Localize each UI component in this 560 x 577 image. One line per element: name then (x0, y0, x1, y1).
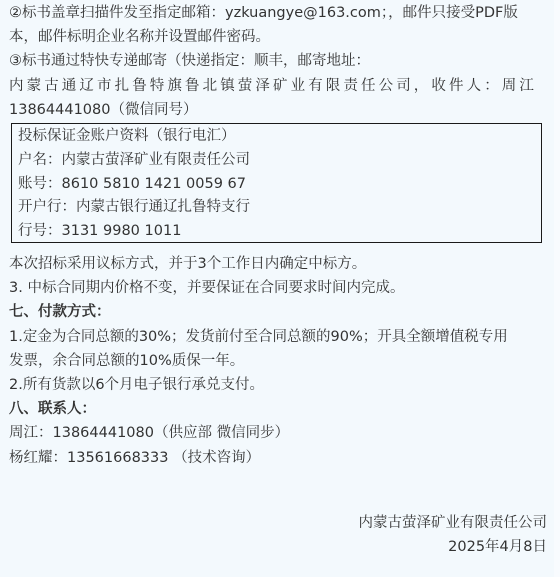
scroll-gutter (554, 0, 560, 577)
payment-item-1-line-2: 发票，余合同总额的10%质保一年。 (9, 349, 551, 373)
deposit-bank-code: 行号：3131 9980 1011 (18, 220, 541, 244)
mail-address-line: 内蒙古通辽市扎鲁特旗鲁北镇萤泽矿业有限责任公司，收件人：周江 (9, 74, 551, 98)
email-submission-section: ②标书盖章扫描件发至指定邮箱：yzkuangye@163.com；，邮件只接受P… (9, 1, 551, 49)
deposit-bank-name: 开户行：内蒙古银行通辽扎鲁特支行 (18, 196, 541, 220)
email-submission-line-2: 本，邮件标明企业名称并设置邮件密码。 (9, 25, 551, 49)
mail-recipient-phone: 13864441080（微信同号） (9, 98, 551, 122)
tender-notice-document: ②标书盖章扫描件发至指定邮箱：yzkuangye@163.com；，邮件只接受P… (9, 1, 551, 470)
signature-block: 内蒙古萤泽矿业有限责任公司 2025年4月8日 (359, 511, 548, 559)
mail-submission-section: ③标书通过特快专递邮寄（快递指定：顺丰，邮寄地址： 内蒙古通辽市扎鲁特旗鲁北镇萤… (9, 49, 551, 122)
deposit-account-number: 账号：8610 5810 1421 0059 67 (18, 173, 541, 197)
signature-date: 2025年4月8日 (359, 535, 548, 559)
payment-section: 七、付款方式： 1.定金为合同总额的30%；发货前付至合同总额的90%；开具全额… (9, 300, 551, 397)
contacts-heading: 八、联系人： (9, 397, 551, 421)
contact-yang-hongyao: 杨红耀：13561668333 （技术咨询） (9, 446, 551, 470)
mail-submission-line-1: ③标书通过特快专递邮寄（快递指定：顺丰，邮寄地址： (9, 49, 551, 73)
payment-item-2: 2.所有货款以6个月电子银行承兑支付。 (9, 373, 551, 397)
deposit-account-name: 户名：内蒙古萤泽矿业有限责任公司 (18, 149, 541, 173)
bidding-clause-3: 3. 中标合同期内价格不变，并要保证在合同要求时间内完成。 (9, 276, 551, 300)
bidding-method: 本次招标采用议标方式，并于3个工作日内确定中标方。 (9, 252, 551, 276)
email-submission-line-1: ②标书盖章扫描件发至指定邮箱：yzkuangye@163.com；，邮件只接受P… (9, 1, 551, 25)
signature-company: 内蒙古萤泽矿业有限责任公司 (359, 511, 548, 535)
deposit-box-title: 投标保证金账户资料（银行电汇） (18, 125, 541, 149)
contact-zhou-jiang: 周江：13864441080（供应部 微信同步） (9, 421, 551, 445)
deposit-account-box: 投标保证金账户资料（银行电汇） 户名：内蒙古萤泽矿业有限责任公司 账号：8610… (11, 123, 542, 243)
payment-heading: 七、付款方式： (9, 300, 551, 324)
payment-item-1-line-1: 1.定金为合同总额的30%；发货前付至合同总额的90%；开具全额增值税专用 (9, 325, 551, 349)
contacts-section: 八、联系人： 周江：13864441080（供应部 微信同步） 杨红耀：1356… (9, 397, 551, 470)
bidding-section: 本次招标采用议标方式，并于3个工作日内确定中标方。 3. 中标合同期内价格不变，… (9, 252, 551, 300)
